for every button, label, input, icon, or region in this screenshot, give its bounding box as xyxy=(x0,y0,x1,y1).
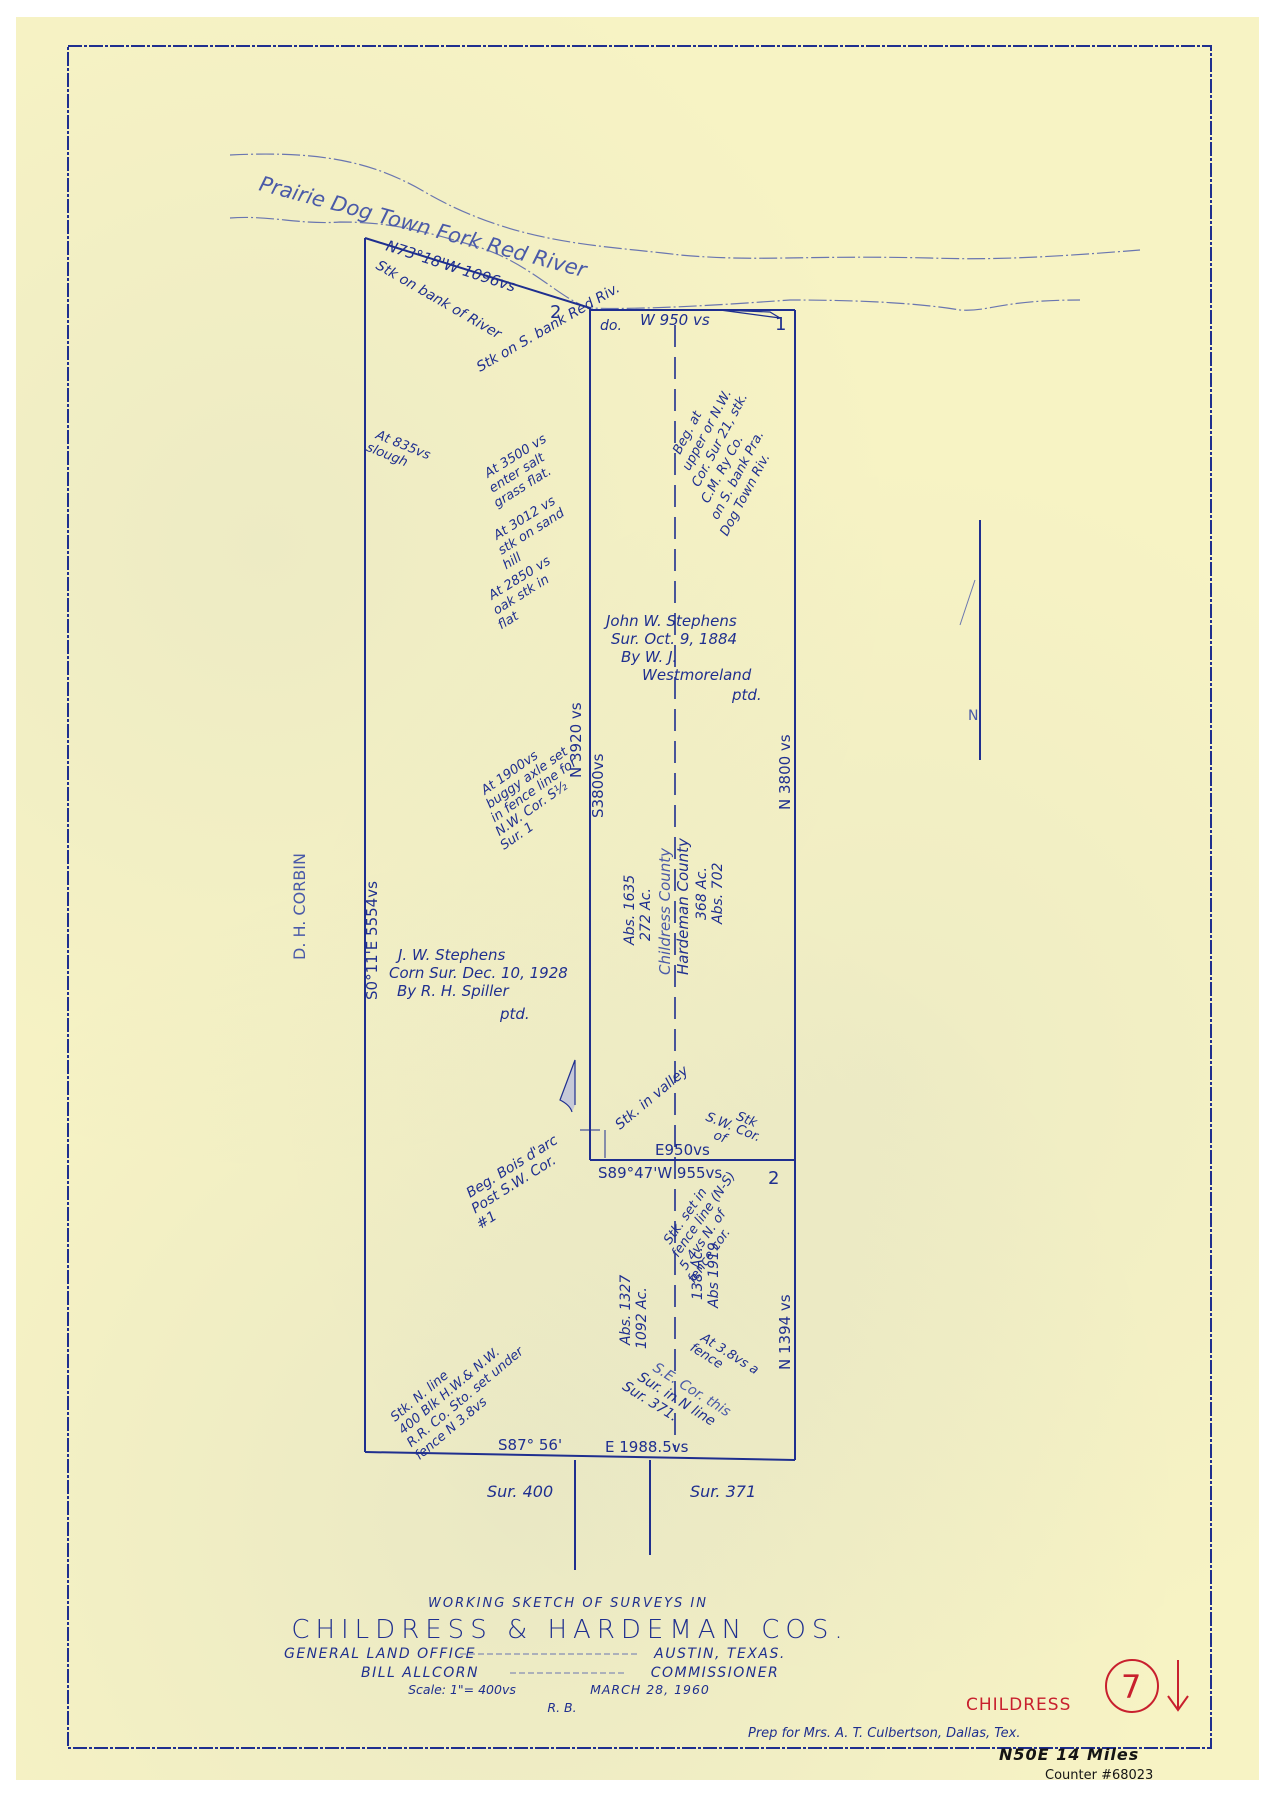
survey-sketch: Prairie Dog Town Fork Red River N73°18'W… xyxy=(0,0,1283,1800)
sur371-label: Sur. 371 xyxy=(690,1482,756,1501)
sur400-label: Sur. 400 xyxy=(487,1482,553,1501)
svg-text:ptd.: ptd. xyxy=(499,1005,530,1023)
prepared-for: Prep for Mrs. A. T. Culbertson, Dallas, … xyxy=(748,1726,1020,1741)
svg-text:Corn Sur. Dec. 10, 1928: Corn Sur. Dec. 10, 1928 xyxy=(389,964,568,982)
oak-note: At 2850 vs oak stk in flat xyxy=(479,554,569,634)
slough-note: At 835vs slough xyxy=(364,426,432,477)
county-stamp: CHILDRESS xyxy=(966,1695,1071,1715)
svg-text:368 Ac.: 368 Ac. xyxy=(694,867,710,920)
sheet-number: 7 xyxy=(1121,1668,1141,1706)
south-inner-mark: 2 xyxy=(768,1168,779,1189)
counter-number: Counter #68023 xyxy=(1045,1768,1153,1783)
initials-label: R. B. xyxy=(547,1700,576,1715)
corbin-survey-label: D. H. CORBIN xyxy=(290,853,309,960)
south-inner-e-call: E950vs xyxy=(655,1141,710,1159)
ne-corner-pointer xyxy=(720,310,780,318)
abs1327-label: Abs. 1327 1092 Ac. xyxy=(618,1275,650,1349)
north-arrow-icon xyxy=(960,580,975,625)
stephens-1928-label: J. W. Stephens Corn Sur. Dec. 10, 1928 B… xyxy=(389,946,568,1023)
direction-note: N50E 14 Miles xyxy=(999,1745,1139,1764)
beg-pointer-icon xyxy=(560,1060,575,1112)
svg-text:Sur. Oct. 9, 1884: Sur. Oct. 9, 1884 xyxy=(611,630,737,648)
ditto-mark: do. xyxy=(600,318,622,334)
north-arrow-letter: N xyxy=(968,708,978,724)
south-line-distance: E 1988.5vs xyxy=(605,1438,689,1456)
title-line2: CHILDRESS & HARDEMAN COS. xyxy=(291,1615,848,1645)
svg-text:By W. J.: By W. J. xyxy=(621,648,677,666)
abs1919-label: 138 Ac. Abs 1919 xyxy=(690,1242,722,1309)
mid-west-lower-call: S3800vs xyxy=(589,753,607,818)
svg-text:Abs 1919: Abs 1919 xyxy=(706,1242,722,1309)
south-line-bearing: S87° 56' xyxy=(498,1436,562,1454)
title-line1: WORKING SKETCH OF SURVEYS IN xyxy=(428,1596,708,1611)
commissioner-right: COMMISSIONER xyxy=(651,1665,780,1681)
svg-text:John W. Stephens: John W. Stephens xyxy=(603,612,737,630)
svg-text:138 Ac.: 138 Ac. xyxy=(690,1247,706,1300)
bois-darc-note: Beg. Bois d'arc Post S.W. Cor. #1 xyxy=(457,1132,578,1233)
commissioner-left: BILL ALLCORN xyxy=(361,1665,479,1681)
office-right: AUSTIN, TEXAS. xyxy=(653,1646,786,1662)
south-inner-w-call: S89°47'W 955vs xyxy=(598,1164,722,1182)
fence-38-note: At 3.8vs a fence xyxy=(687,1329,761,1390)
river-bank-south xyxy=(230,217,1080,310)
title-leaders xyxy=(460,1654,640,1673)
stk-valley-note: Stk. in valley xyxy=(612,1062,692,1133)
abs702-label: 368 Ac. Abs. 702 xyxy=(694,863,726,925)
svg-text:J. W. Stephens: J. W. Stephens xyxy=(395,946,505,964)
svg-text:Abs. 702: Abs. 702 xyxy=(710,863,726,925)
down-arrow-icon xyxy=(1168,1660,1188,1710)
svg-text:Westmoreland: Westmoreland xyxy=(642,666,752,684)
east-lower-call: N 1394 vs xyxy=(776,1294,794,1370)
east-line-call: N 3800 vs xyxy=(776,734,794,810)
west-line-call: S0°11'E 5554vs xyxy=(363,881,381,1000)
svg-text:By R. H. Spiller: By R. H. Spiller xyxy=(397,982,509,1000)
scale-label: Scale: 1"= 400vs xyxy=(408,1682,516,1697)
stephens-1884-label: John W. Stephens Sur. Oct. 9, 1884 By W.… xyxy=(603,612,762,704)
svg-text:Abs. 1327: Abs. 1327 xyxy=(618,1275,634,1346)
corner-mark: 1 xyxy=(775,314,786,335)
beg-note: Beg. at upper or N.W. Cor. Sur 21, stk. … xyxy=(647,376,794,539)
abs1635-label: Abs. 1635 272 Ac. xyxy=(622,875,654,946)
svg-text:Abs. 1635: Abs. 1635 xyxy=(622,875,638,946)
svg-text:1092 Ac.: 1092 Ac. xyxy=(634,1287,650,1349)
hardeman-county-label: Hardeman County xyxy=(674,837,692,975)
svg-text:272 Ac.: 272 Ac. xyxy=(638,888,654,941)
title-block: WORKING SKETCH OF SURVEYS IN CHILDRESS &… xyxy=(284,1596,849,1715)
svg-text:ptd.: ptd. xyxy=(731,686,762,704)
date-label: MARCH 28, 1960 xyxy=(590,1682,710,1697)
top-east-call: W 950 vs xyxy=(640,311,710,329)
office-left: GENERAL LAND OFFICE xyxy=(284,1646,476,1662)
childress-county-label: Childress County xyxy=(656,847,674,975)
